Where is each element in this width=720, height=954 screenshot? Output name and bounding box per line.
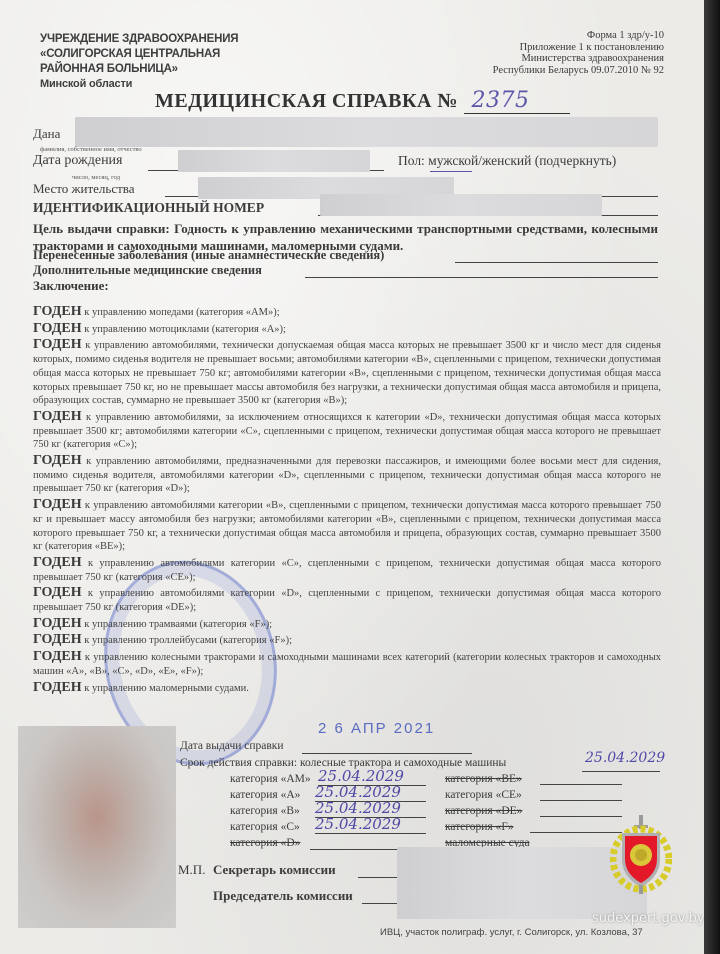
category-label: категория «C» [230, 821, 300, 833]
validity-tractors-line [582, 771, 660, 772]
issued-to-label: Дана [33, 126, 60, 142]
secretary-line [358, 877, 398, 878]
sex-label: Пол: мужской/женский (подчеркнуть) [398, 153, 616, 169]
verdict: ГОДЕН [33, 616, 82, 631]
conclusion-text: к управлению мопедами (категория «AM»); [82, 307, 280, 318]
conclusion-item: ГОДЕН к управлению мопедами (категория «… [33, 305, 661, 320]
id-number-label: ИДЕНТИФИКАЦИОННЫЙ НОМЕР [33, 200, 264, 216]
certificate-number: 2375 [464, 88, 570, 114]
conclusion-text: к управлению автомобилями, технически до… [33, 340, 661, 406]
verdict: ГОДЕН [33, 304, 82, 319]
conclusion-text: к управлению троллейбусами (категория «F… [82, 635, 292, 646]
seal-place-label: М.П. [178, 862, 205, 878]
validity-cat-c: категория «C» [230, 821, 300, 833]
category-label: категория «CE» [445, 789, 522, 801]
additional-info-line [305, 277, 658, 278]
conclusion-item: ГОДЕН к управлению мотоциклами (категори… [33, 322, 661, 337]
issue-date-line [302, 753, 472, 754]
form-ref-line-1: Форма 1 здр/у-10 [493, 30, 664, 42]
verdict: ГОДЕН [33, 632, 82, 647]
category-label: категория «DE» [445, 805, 522, 817]
institution-header: УЧРЕЖДЕНИЕ ЗДРАВООХРАНЕНИЯ «СОЛИГОРСКАЯ … [40, 32, 238, 92]
past-diseases-label: Перенесенные заболевания (иные анамнести… [33, 248, 384, 263]
redacted-birth-date [178, 150, 370, 172]
chairman-label: Председатель комиссии [213, 888, 353, 904]
conclusion-item: ГОДЕН к управлению автомобилями категори… [33, 498, 661, 554]
cat-d-line [310, 849, 410, 850]
cat-c-line [315, 833, 426, 834]
conclusion-text: к управлению колесными тракторами и само… [33, 652, 661, 677]
conclusion-item: ГОДЕН к управлению маломерными судами. [33, 681, 661, 696]
verdict: ГОДЕН [33, 321, 82, 336]
validity-cat-am: категория «AM» [230, 773, 311, 785]
emblem-icon [610, 815, 672, 895]
validity-cat-a: категория «A» [230, 789, 300, 801]
conclusion-item: ГОДЕН к управлению автомобилями категори… [33, 556, 661, 584]
verdict: ГОДЕН [33, 680, 82, 695]
validity-cat-ce: категория «CE» [445, 789, 522, 801]
secretary-label: Секретарь комиссии [213, 862, 336, 878]
birth-date-label: Дата рождения [33, 153, 123, 169]
conclusion-text: к управлению автомобилями, за исключение… [33, 412, 661, 450]
verdict: ГОДЕН [33, 555, 82, 570]
issue-date-stamp: 2 6 АПР 2021 [318, 720, 435, 737]
verdict: ГОДЕН [33, 497, 82, 512]
verdict: ГОДЕН [33, 585, 82, 600]
validity-cat-c-date: 25.04.2029 [315, 815, 401, 833]
category-label: категория «F» [445, 821, 514, 833]
cat-ce-line [540, 800, 622, 801]
verdict: ГОДЕН [33, 453, 82, 468]
conclusion-text: к управлению автомобилями, предназначенн… [33, 456, 661, 494]
medical-certificate-page: УЧРЕЖДЕНИЕ ЗДРАВООХРАНЕНИЯ «СОЛИГОРСКАЯ … [0, 0, 704, 954]
printer-info: ИВЦ, участок полиграф. услуг, г. Солигор… [380, 927, 643, 938]
validity-cat-be: категория «BE» [445, 773, 522, 785]
form-ref-line-3: Министерства здравоохранения [493, 53, 664, 65]
scan-edge [704, 0, 720, 954]
redacted-id-number [320, 194, 602, 216]
conclusion-text: к управлению автомобилями категории «B»,… [33, 500, 661, 552]
category-label: категория «AM» [230, 773, 311, 785]
issued-to-hint: фамилия, собственное имя, отчество [40, 146, 142, 153]
past-diseases-line [455, 262, 658, 263]
form-reference: Форма 1 здр/у-10 Приложение 1 к постанов… [493, 30, 664, 76]
residence-label: Место жительства [33, 181, 135, 197]
validity-cat-b: категория «B» [230, 805, 300, 817]
validity-tractors-date: 25.04.2029 [585, 750, 665, 766]
document-title: МЕДИЦИНСКАЯ СПРАВКА № 2375 [155, 88, 570, 114]
category-label: категория «B» [230, 805, 300, 817]
verdict: ГОДЕН [33, 649, 82, 664]
validity-cat-d: категория «D» [230, 837, 300, 849]
conclusion-item: ГОДЕН к управлению колесными тракторами … [33, 650, 661, 678]
institution-line-3: РАЙОННАЯ БОЛЬНИЦА» [40, 62, 238, 77]
applicant-photo [18, 726, 176, 928]
conclusion-item: ГОДЕН к управлению автомобилями, техниче… [33, 338, 661, 408]
conclusion-item: ГОДЕН к управлению автомобилями, предназ… [33, 454, 661, 496]
conclusion-text: к управлению мотоциклами (категория «A»)… [82, 324, 286, 335]
institution-line-2: «СОЛИГОРСКАЯ ЦЕНТРАЛЬНАЯ [40, 47, 238, 62]
conclusions-list: ГОДЕН к управлению мопедами (категория «… [33, 305, 661, 697]
validity-cat-de: категория «DE» [445, 805, 522, 817]
verdict: ГОДЕН [33, 337, 82, 352]
conclusion-item: ГОДЕН к управлению автомобилями, за искл… [33, 410, 661, 452]
form-ref-line-4: Республики Беларусь 09.07.2010 № 92 [493, 65, 664, 77]
validity-cat-f: категория «F» [445, 821, 514, 833]
conclusion-label: Заключение: [33, 278, 109, 294]
form-ref-line-2: Приложение 1 к постановлению [493, 42, 664, 54]
conclusion-text: к управлению трамваями (категория «F»); [82, 619, 272, 630]
redacted-name [75, 117, 658, 147]
title-label: МЕДИЦИНСКАЯ СПРАВКА № [155, 90, 458, 112]
chairman-line [362, 903, 398, 904]
cat-f-line [530, 832, 622, 833]
watermark-text: sudexpert.gov.by [592, 911, 705, 926]
category-label: категория «BE» [445, 773, 522, 785]
conclusion-item: ГОДЕН к управлению троллейбусами (катего… [33, 633, 661, 648]
sex-male-underline [430, 171, 472, 172]
category-label: категория «D» [230, 837, 300, 849]
issue-date-label: Дата выдачи справки [180, 740, 284, 752]
institution-line-1: УЧРЕЖДЕНИЕ ЗДРАВООХРАНЕНИЯ [40, 32, 238, 47]
verdict: ГОДЕН [33, 409, 82, 424]
birth-date-hint: число, месяц, год [72, 174, 120, 181]
conclusion-item: ГОДЕН к управлению трамваями (категория … [33, 617, 661, 632]
category-label: категория «A» [230, 789, 300, 801]
cat-be-line [540, 784, 622, 785]
conclusion-item: ГОДЕН к управлению автомобилями категори… [33, 586, 661, 614]
conclusion-text: к управлению маломерными судами. [82, 683, 249, 694]
additional-info-label: Дополнительные медицинские сведения [33, 263, 262, 278]
conclusion-text: к управлению автомобилями категории «D»,… [33, 588, 661, 613]
conclusion-text: к управлению автомобилями категории «C»,… [33, 558, 661, 583]
